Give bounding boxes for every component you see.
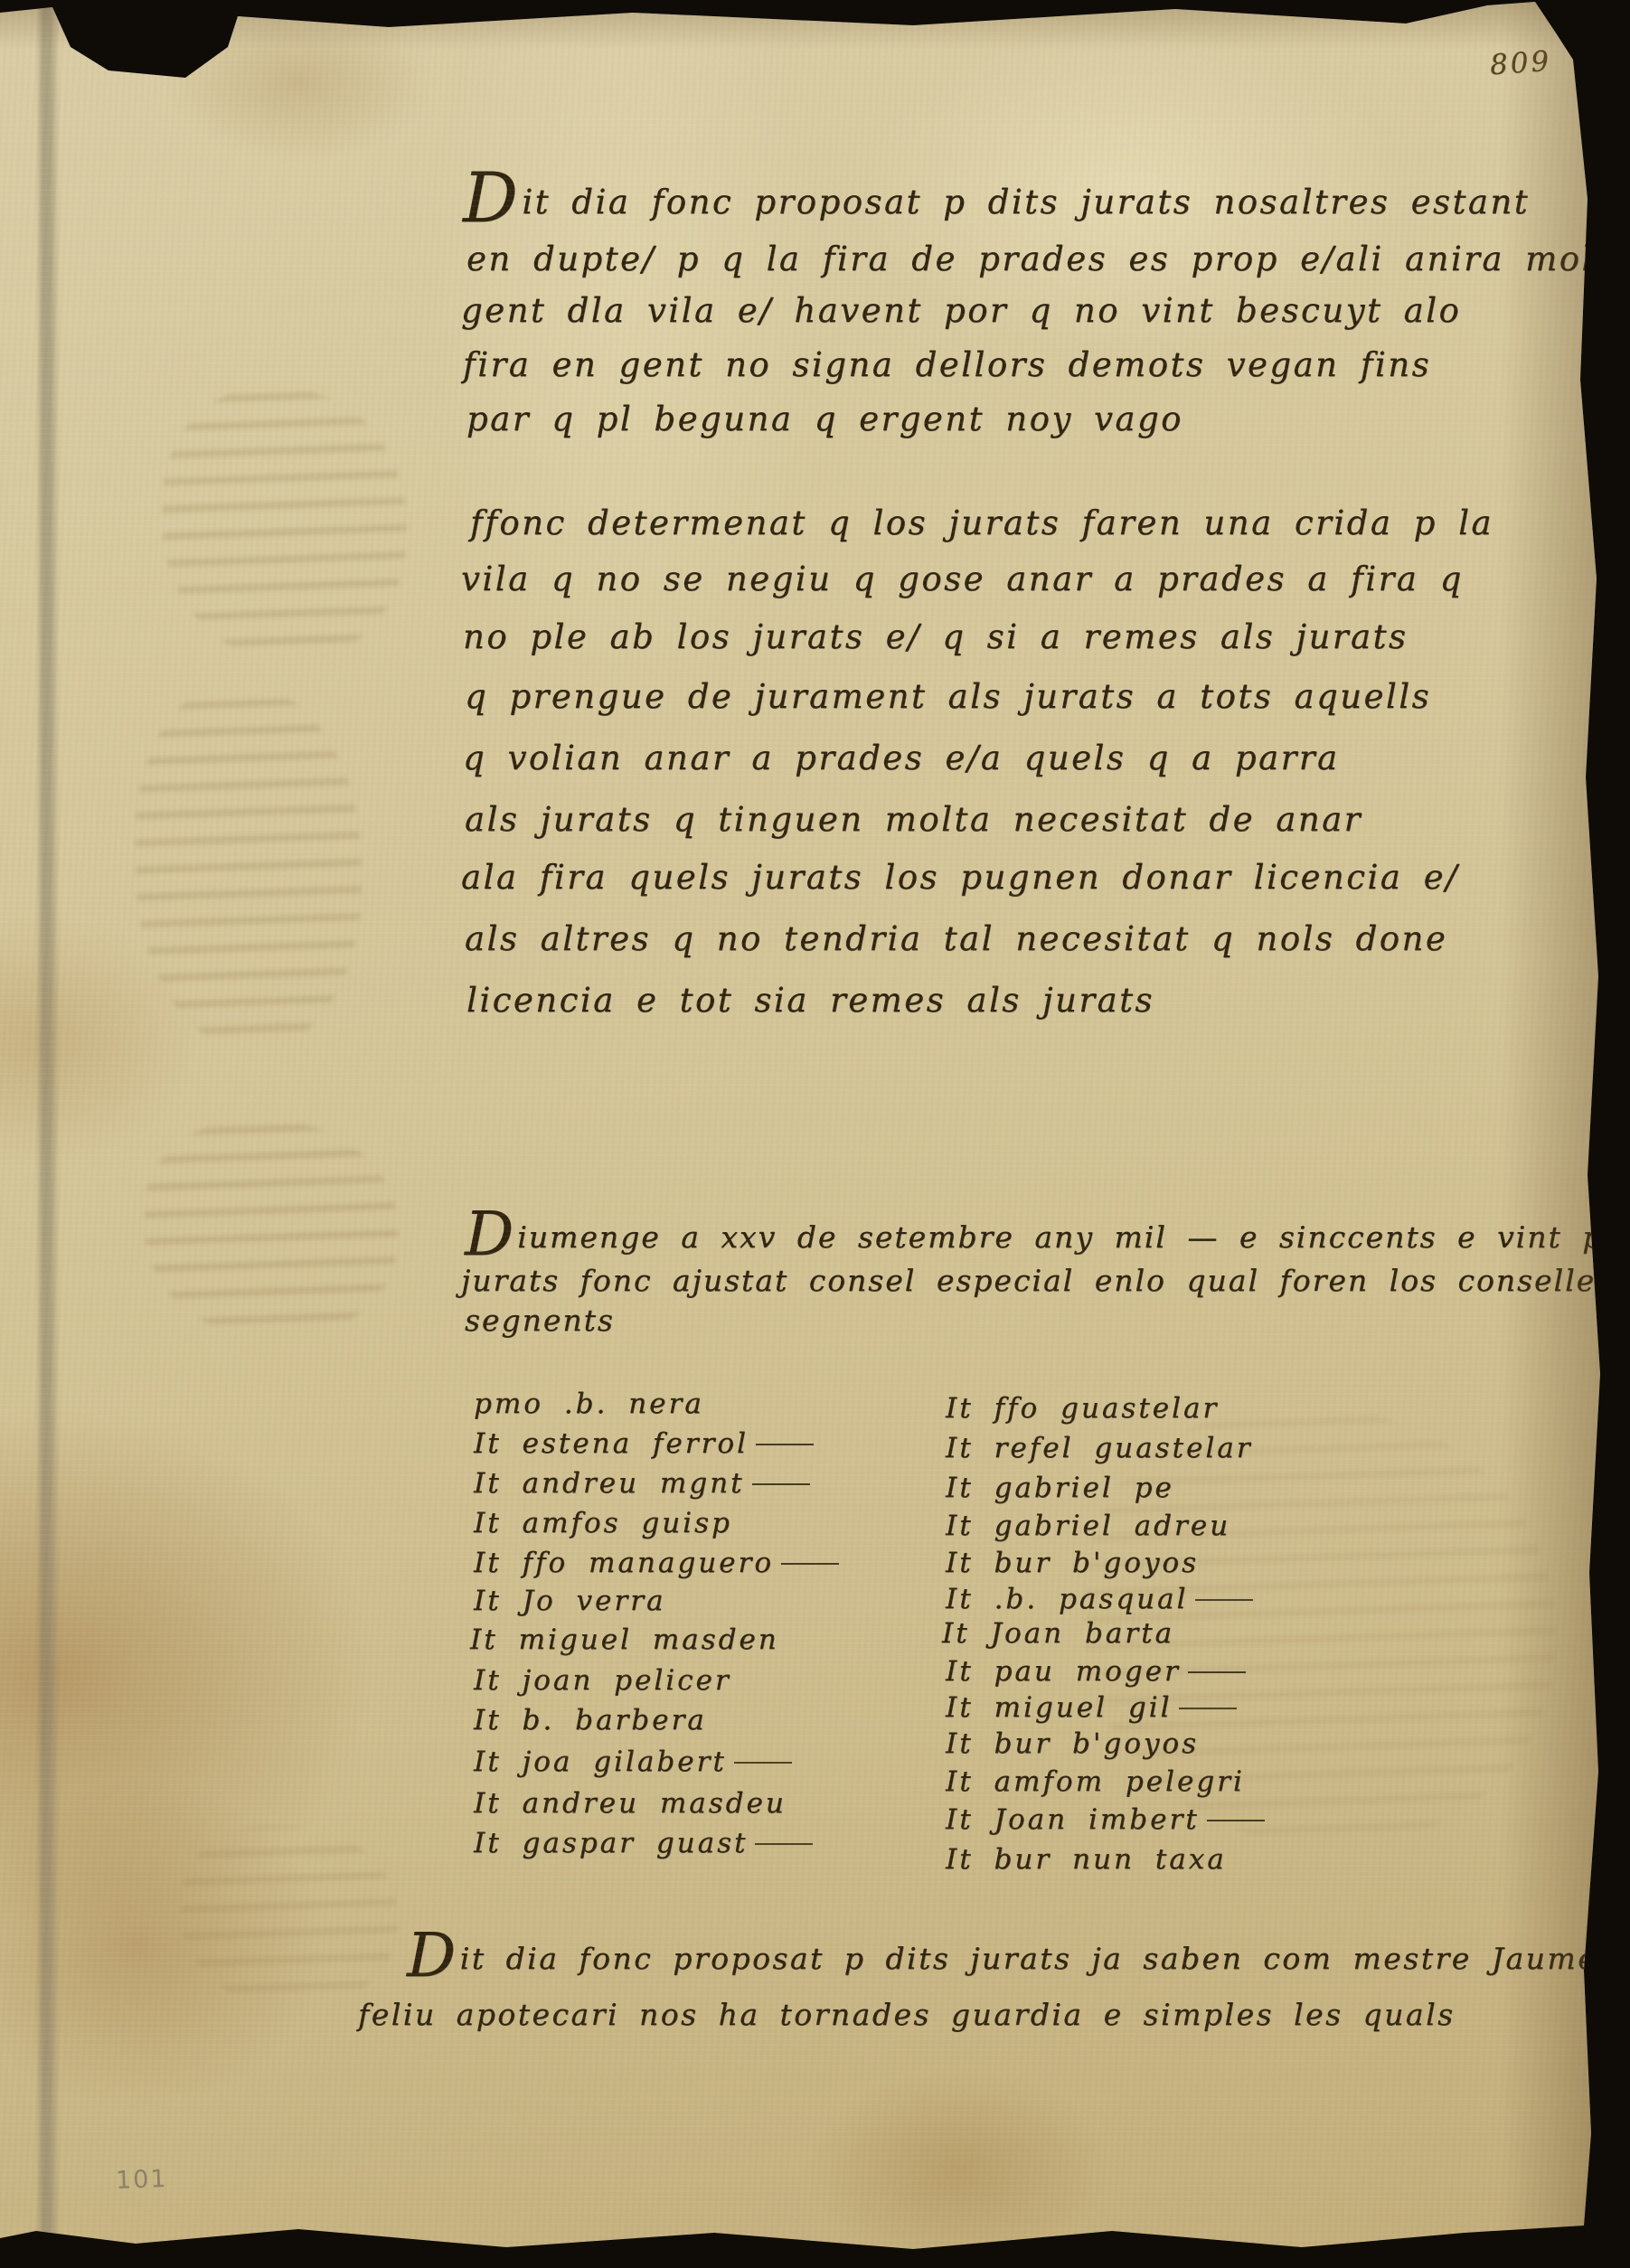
text-line: no ple ab los jurats e/ q si a remes als… (463, 620, 1408, 654)
text-line: segnents (465, 1305, 615, 1335)
text-line: Diumenge a xxv de setembre any mil — e s… (465, 1222, 1630, 1252)
council-member-item: It b. barbera (474, 1707, 707, 1735)
council-member-item: It pau moger (946, 1658, 1246, 1686)
council-member-item: It joa gilabert (474, 1748, 792, 1776)
text-line: als altres q no tendria tal necesitat q … (465, 922, 1447, 955)
council-member-item: It bur b'goyos (946, 1549, 1199, 1577)
folio-number: 809 (1489, 45, 1553, 82)
text-line: fira en gent no signa dellors demots veg… (463, 348, 1431, 381)
text-line: jurats fonc ajustat consel especial enlo… (461, 1266, 1629, 1295)
council-member-item: It gaspar guast (474, 1830, 813, 1858)
text-line: par q pl beguna q ergent noy vago (466, 402, 1183, 436)
bleed-through-text (163, 389, 407, 660)
edge-shadow (1501, 0, 1600, 2268)
edge-shadow (0, 0, 1630, 50)
bleed-through-text (181, 1826, 398, 2007)
council-member-item: It gabriel adreu (946, 1512, 1230, 1540)
binding-strip (36, 5, 60, 2243)
council-member-item: It miguel masden (470, 1626, 779, 1654)
council-member-item: It joan pelicer (474, 1667, 731, 1695)
bleed-through-text (136, 687, 362, 1049)
council-member-item: It estena ferrol (474, 1430, 814, 1458)
text-line: licencia e tot sia remes als jurats (466, 983, 1154, 1017)
text-line: ala fira quels jurats los pugnen donar l… (461, 861, 1459, 894)
text-line: vila q no se negiu q gose anar a prades … (461, 562, 1464, 596)
council-member-item: It Jo verra (474, 1587, 665, 1615)
council-member-item: It ffo guastelar (946, 1395, 1219, 1423)
council-member-item: It andreu masdeu (474, 1790, 787, 1818)
council-member-item: It bur nun taxa (946, 1846, 1227, 1874)
manuscript-scan: 809 Dit dia fonc proposat p dits jurats … (0, 0, 1630, 2268)
text-line: q volian anar a prades e/a quels q a par… (463, 741, 1340, 775)
text-line: feliu apotecari nos ha tornades guardia … (358, 2000, 1456, 2029)
council-member-item: It gabriel pe (946, 1474, 1174, 1502)
text-line: ffonc determenat q los jurats faren una … (470, 506, 1493, 540)
bleed-through-text (145, 1121, 398, 1338)
council-member-item: It bur b'goyos (946, 1730, 1199, 1758)
paper-texture (0, 0, 1630, 2268)
council-member-item: It andreu mgnt (474, 1470, 810, 1498)
manuscript-page: 809 Dit dia fonc proposat p dits jurats … (0, 0, 1630, 2268)
council-member-item: pmo .b. nera (474, 1390, 704, 1418)
council-member-item: It refel guastelar (946, 1435, 1253, 1463)
text-line: als jurats q tinguen molta necesitat de … (465, 803, 1362, 836)
text-line: gent dla vila e/ havent por q no vint be… (461, 294, 1461, 327)
text-line: Dit dia fonc proposat p dits jurats nosa… (463, 185, 1530, 219)
council-member-item: It miguel gil (946, 1694, 1237, 1722)
council-member-item: It Joan barta (942, 1620, 1174, 1648)
pencil-folio-number: 101 (115, 2165, 168, 2195)
council-member-item: It ffo managuero (474, 1549, 839, 1577)
council-member-item: It amfom pelegri (946, 1768, 1245, 1796)
text-line: Dit dia fonc proposat p dits jurats ja s… (407, 1943, 1597, 1973)
text-line: q prengue de jurament als jurats a tots … (465, 680, 1431, 713)
council-member-item: It .b. pasqual (946, 1586, 1253, 1614)
council-member-item: It amfos guisp (474, 1510, 732, 1538)
vignette-shadow (0, 0, 1630, 2268)
council-member-item: It Joan imbert (946, 1806, 1265, 1834)
text-line: en dupte/ p q la fira de prades es prop … (466, 242, 1630, 276)
